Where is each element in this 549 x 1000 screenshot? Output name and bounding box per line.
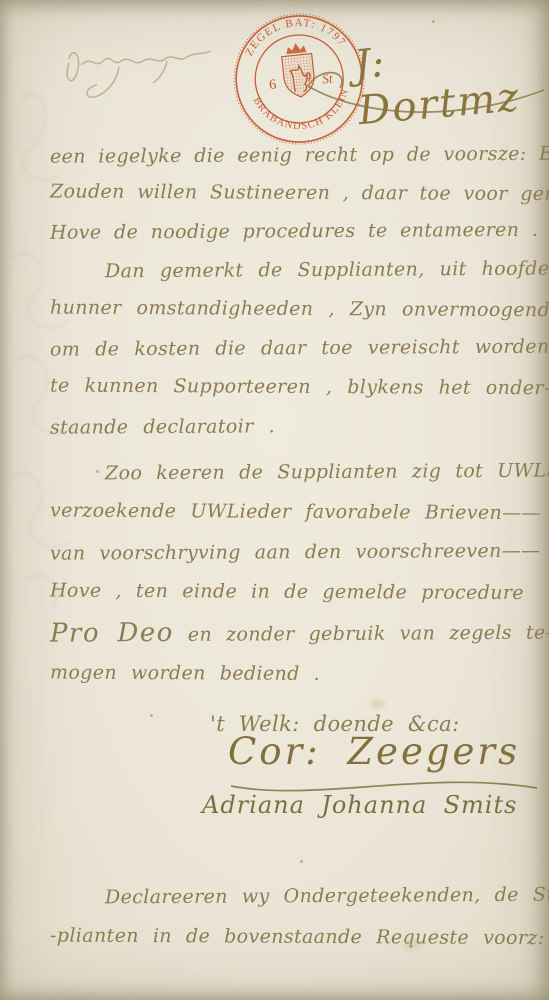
declaration-paragraph: Declareeren wy Ondergeteekenden, de Sup—… (50, 876, 549, 958)
manuscript-line: Hove de noodige procedures te entameeren… (50, 210, 549, 252)
manuscript-line: Zoo keeren de Supplianten zig tot UWLied… (50, 450, 549, 493)
manuscript-line: staande declaratoir . (50, 405, 549, 447)
signature-cor-zeegers: Cor: Zeegers (228, 730, 520, 773)
manuscript-line: mogen worden bediend . (50, 653, 549, 696)
manuscript-line: van voorschryving aan den voorschreeven—… (50, 530, 549, 573)
paper-stain (368, 696, 388, 712)
revenue-stamp: ZEGEL BAT: 1797 BRABANDSCH KLEIN 6 St (221, 0, 377, 155)
lion-shield-emblem: 6 St (265, 40, 334, 100)
stamp-ring-text-top: ZEGEL BAT: 1797 (240, 12, 349, 60)
manuscript-line: -plianten in de bovenstaande Requeste vo… (50, 916, 549, 960)
manuscript-line-pro-deo: Pro Deo en zonder gebruik van zegels te—… (50, 610, 549, 655)
manuscript-line: verzoekende UWLieder favorabele Brieven—… (50, 491, 549, 534)
crown-icon (286, 42, 307, 54)
paper-speck (300, 860, 303, 863)
body-paragraph-3: Zoo keeren de Supplianten zig tot UWLied… (50, 452, 549, 694)
paper-speck (150, 714, 153, 717)
faded-inscription (55, 25, 230, 105)
manuscript-line: Hove , ten einde in de gemelde procedure (50, 571, 549, 614)
body-paragraph-2: Dan gemerkt de Supplianten, uit hoofde——… (50, 251, 549, 446)
clerk-signature: J: Dortmz (352, 26, 549, 134)
manuscript-line-rest: en zonder gebruik van zegels te—— (174, 621, 549, 646)
paper-speck (96, 470, 99, 473)
manuscript-line: om de kosten die daar toe vereischt word… (50, 327, 549, 369)
pro-deo-emphasis: Pro Deo (50, 618, 174, 649)
manuscript-page: ZEGEL BAT: 1797 BRABANDSCH KLEIN 6 St J:… (0, 0, 549, 1000)
paper-stain (398, 936, 426, 954)
manuscript-line: te kunnen Supporteeren , blykens het ond… (50, 367, 549, 409)
manuscript-line: Dan gemerkt de Supplianten, uit hoofde—— (50, 249, 549, 291)
manuscript-line: een iegelyke die eenig recht op de voors… (50, 134, 549, 176)
body-paragraph-1: een iegelyke die eenig recht op de voors… (50, 136, 549, 250)
paper-speck (432, 20, 435, 23)
stamp-value-right: St (321, 71, 333, 87)
stamp-ring-text-bottom: BRABANDSCH KLEIN (250, 86, 355, 137)
manuscript-line: hunner omstandigheeden , Zyn onvermoogen… (50, 289, 549, 331)
signature-adriana-smits: Adriana Johanna Smits (202, 791, 517, 819)
shield-icon (282, 54, 316, 99)
manuscript-line: Declareeren wy Ondergeteekenden, de Sup—… (50, 874, 549, 918)
manuscript-line: Zouden willen Sustineeren , daar toe voo… (50, 172, 549, 213)
stamp-value-left: 6 (268, 77, 277, 93)
lion-rampant-figure (290, 65, 312, 93)
